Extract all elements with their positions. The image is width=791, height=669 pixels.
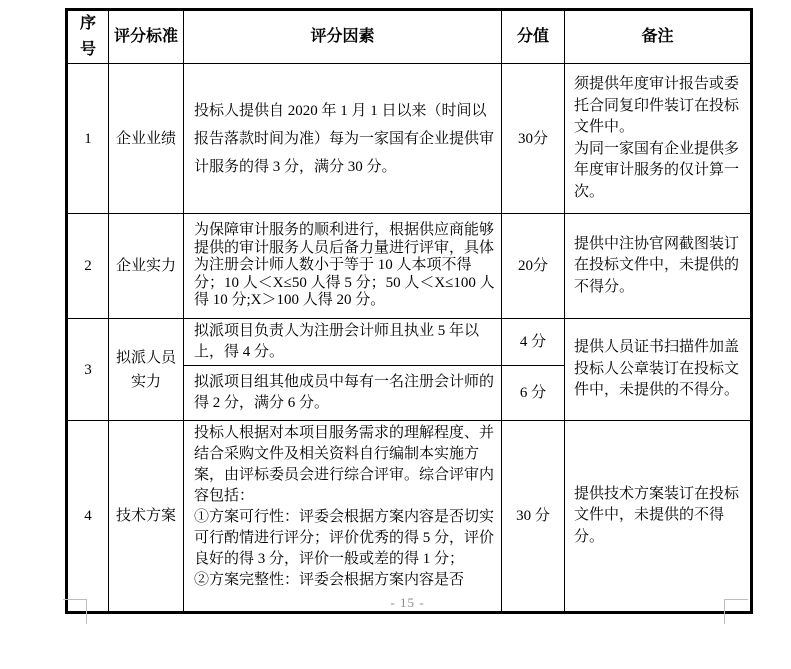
cell-factor: 投标人根据对本项目服务需求的理解程度、并结合采购文件及相关资料自行编制本实施方案… (184, 421, 502, 613)
table-row-2: 2 企业实力 为保障审计服务的顺利进行，根据供应商能够提供的审计服务人员后备力量… (67, 214, 752, 319)
cell-remark: 提供人员证书扫描件加盖投标人公章装订在投标文件中，未提供的不得分。 (565, 319, 752, 421)
table-row-3a: 3 拟派人员 实力 拟派项目负责人为注册会计师且执业 5 年以上，得 4 分。 … (67, 319, 752, 366)
cell-remark: 须提供年度审计报告或委托合同复印件装订在投标文件中。 为同一家国有企业提供多年度… (565, 64, 752, 214)
cell-remark: 提供技术方案装订在投标文件中，未提供的不得分。 (565, 421, 752, 613)
cell-criterion: 企业业绩 (109, 64, 184, 214)
cell-score: 30 分 (502, 421, 565, 613)
cell-seq: 2 (67, 214, 109, 319)
cell-remark: 提供中注协官网截图装订在投标文件中，未提供的不得分。 (565, 214, 752, 319)
cell-factor: 投标人提供自 2020 年 1 月 1 日以来（时间以报告落款时间为准）每为一家… (184, 64, 502, 214)
col-header-criterion: 评分标准 (109, 10, 184, 64)
cell-score: 4 分 (502, 319, 565, 366)
table-row-1: 1 企业业绩 投标人提供自 2020 年 1 月 1 日以来（时间以报告落款时间… (67, 64, 752, 214)
cell-criterion: 企业实力 (109, 214, 184, 319)
cell-score: 30分 (502, 64, 565, 214)
col-header-remark: 备注 (565, 10, 752, 64)
col-header-score: 分值 (502, 10, 565, 64)
cell-seq: 4 (67, 421, 109, 613)
document-page: 序 号 评分标准 评分因素 分值 备注 1 企业业绩 投标人提供自 2020 年… (0, 0, 791, 669)
scoring-criteria-table: 序 号 评分标准 评分因素 分值 备注 1 企业业绩 投标人提供自 2020 年… (65, 8, 753, 614)
cell-factor: 拟派项目负责人为注册会计师且执业 5 年以上，得 4 分。 (184, 319, 502, 366)
cell-factor: 拟派项目组其他成员中每有一名注册会计师的得 2 分，满分 6 分。 (184, 366, 502, 421)
text-boundary-mark-right-icon (724, 599, 748, 624)
cell-factor: 为保障审计服务的顺利进行，根据供应商能够提供的审计服务人员后备力量进行评审，具体… (184, 214, 502, 319)
cell-criterion: 拟派人员 实力 (109, 319, 184, 421)
cell-criterion: 技术方案 (109, 421, 184, 613)
cell-seq: 1 (67, 64, 109, 214)
text-boundary-mark-left-icon (63, 599, 87, 624)
page-number: - 15 - (65, 595, 750, 611)
table-header-row: 序 号 评分标准 评分因素 分值 备注 (67, 10, 752, 64)
cell-score: 20分 (502, 214, 565, 319)
cell-score: 6 分 (502, 366, 565, 421)
table-row-4: 4 技术方案 投标人根据对本项目服务需求的理解程度、并结合采购文件及相关资料自行… (67, 421, 752, 613)
cell-seq: 3 (67, 319, 109, 421)
col-header-seq: 序 号 (67, 10, 109, 64)
col-header-factor: 评分因素 (184, 10, 502, 64)
